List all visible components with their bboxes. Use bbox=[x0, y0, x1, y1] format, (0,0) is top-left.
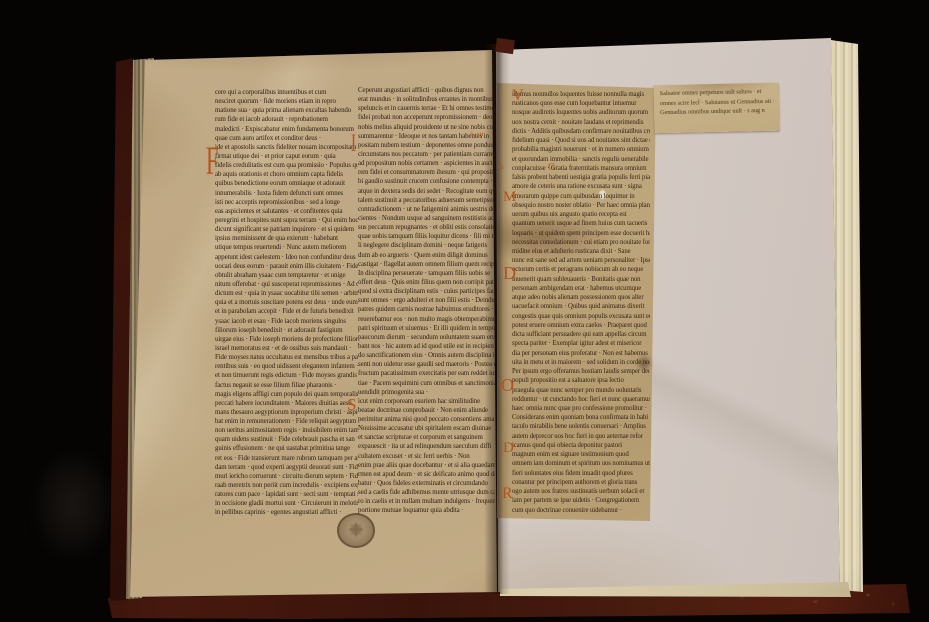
text-line: quae uobis tamquam filiis loquitur dicen… bbox=[358, 232, 495, 241]
text-line: midine eius et adulterio rusticana dixit… bbox=[512, 247, 650, 256]
text-line: uocari deus eorum · parauit enim illis c… bbox=[215, 262, 358, 271]
text-line: octorum certis et peragrans nobiscum ab … bbox=[512, 265, 650, 274]
library-stamp: ❈ bbox=[337, 513, 375, 548]
text-line: fieri uoluntates eius fidem inuadit quod… bbox=[512, 469, 650, 478]
text-line: fidei probati non acceperunt repromissio… bbox=[358, 113, 495, 122]
margin-chapter-note: c̃· xii bbox=[470, 131, 484, 138]
text-line: appetunt idest caelestem · Ideo non conf… bbox=[215, 253, 358, 262]
text-line: uerum quibus uix angusto spatio recepta … bbox=[512, 210, 650, 219]
initial-F: F bbox=[206, 137, 218, 184]
text-line: ratores cum pace · lapidati sunt · secti… bbox=[215, 490, 358, 499]
text-line: sunt omnes · ergo adulteri et non filii … bbox=[358, 296, 495, 305]
text-line: reuerebamur eos · non multo magis obtemp… bbox=[358, 315, 495, 324]
text-line: expauescit · ita ut ad relinquendum saec… bbox=[358, 442, 495, 451]
text-line: ad propositum nobis certamen · aspicient… bbox=[358, 159, 495, 168]
text-line: dictum est · quia in ysaac uocabitur tib… bbox=[215, 289, 358, 298]
text-line: obsequio nostro noster oblatio · Per hae… bbox=[512, 201, 650, 210]
text-line: falsis probent habenti uestigia gratia p… bbox=[512, 173, 650, 182]
text-line: mans thesauro aegyptiorum inproperium ch… bbox=[215, 408, 358, 417]
text-line: conantur per principem authorem et glori… bbox=[512, 478, 650, 487]
text-line: dia per personam eius proferatur · Non e… bbox=[512, 349, 650, 358]
text-line: li neglegere disciplinam domini · neque … bbox=[358, 241, 495, 250]
text-line: paucorum dierum · secundum uoluntatem su… bbox=[358, 333, 495, 342]
text-line: quia et a mortuis suscitare potens est d… bbox=[215, 298, 358, 307]
text-line: emorarum quippe cum quibusdam loquimur i… bbox=[512, 192, 650, 201]
text-line: magnum enim est signare testimonium quod bbox=[512, 450, 650, 459]
text-line: cere qui a corporalibus intuentibus et c… bbox=[215, 88, 358, 97]
text-line: nesciret quorum · fide moriens etiam in … bbox=[215, 97, 358, 106]
text-line: iam per partem se ipse uidetis · Congreg… bbox=[512, 496, 650, 505]
text-line: et non timuerunt regis edictum · Fide mo… bbox=[215, 371, 358, 380]
text-line: quae cum auro artifex et conditor deus · bbox=[215, 134, 358, 143]
text-line: rmen est apud deum · et sic deificato an… bbox=[358, 470, 495, 479]
text-line: patri spirituum et uiuemus · Et illi qui… bbox=[358, 324, 495, 333]
text-line: guinis effusionem · ne qui uastabat prim… bbox=[215, 444, 358, 453]
text-line: fidelium quasi · Quod si uos ad nouitate… bbox=[512, 136, 650, 145]
text-line: quam uidens sustinuit · Fide celebrauit … bbox=[215, 435, 358, 444]
text-line: dum ab eo argueris · Quem enim diligit d… bbox=[358, 251, 495, 260]
text-line: dam terram · quod experti aegyptii deuor… bbox=[215, 463, 358, 472]
text-line: innumerabilis · Iuxta fidem defuncti sun… bbox=[215, 189, 358, 198]
text-line: quantum uenerit usque ad finem huius cum… bbox=[512, 219, 650, 228]
text-line: bat enim in remunerationem · Fide reliqu… bbox=[215, 417, 358, 426]
text-line: sed a caelis fide adhibemus mente utrius… bbox=[358, 488, 495, 497]
text-line: cientes · Nondum usque ad sanguinem rest… bbox=[358, 214, 495, 223]
text-line: fructum pacatissimum exercitatis per eam… bbox=[358, 369, 495, 378]
text-line: ide et apostolis sanctis fideliter nouam… bbox=[215, 143, 358, 152]
text-line: ro in caelis et in nullam multam indulge… bbox=[358, 497, 495, 506]
text-line: non ueritus animositatem regis · inuisib… bbox=[215, 426, 358, 435]
text-line: dictis · Additis quibusdam confirmare no… bbox=[512, 127, 650, 136]
initial-V: V bbox=[512, 87, 524, 105]
text-line: inuenerit quam subleuaueris · Bonitatis … bbox=[512, 275, 650, 284]
text-line: rum fide et iacob adorauit · reprobation… bbox=[215, 115, 358, 124]
text-line: do sanctificationem eius · Omnis autem d… bbox=[358, 351, 495, 360]
text-line: muri iericho corruerunt · circuitu dieru… bbox=[215, 472, 358, 481]
text-line: quibus benedictione eorum omniaque et ad… bbox=[215, 179, 358, 188]
text-line: et in parabolam accepit · Fide et de fut… bbox=[215, 307, 358, 316]
initial-I: I bbox=[351, 130, 356, 158]
text-line: Ceperunt angustiari afflicti · quibus di… bbox=[358, 86, 495, 95]
text-line: enim prae aliis quae docebantur · et si … bbox=[358, 461, 495, 470]
text-line: in occisione gladii mortui sunt · Circui… bbox=[215, 499, 358, 508]
initial-S: S bbox=[347, 395, 356, 415]
stamp-emblem: ❈ bbox=[348, 520, 363, 541]
text-line: specta pariter · Exemplar igitur adest e… bbox=[512, 339, 650, 348]
text-line: ret eos · Fide transierunt mare rubrum t… bbox=[215, 454, 358, 463]
text-line: nitum offerebat · qui susceperat repromi… bbox=[215, 280, 358, 289]
text-line: israel memoratus est · et de ossibus sui… bbox=[215, 344, 358, 353]
text-line: talem sustinuit a peccatoribus aduersum … bbox=[358, 196, 495, 205]
text-line: ogo autem uos fratres sustineatis uerbum… bbox=[512, 487, 650, 496]
text-line: maledicti · Expiscabatur enim fundamenta… bbox=[215, 125, 358, 134]
text-line: fidelis credulitatis est cum qua promiss… bbox=[215, 161, 358, 170]
text-line: omnem iam dominum et spiritum uos nomina… bbox=[512, 459, 650, 468]
right-page-column: idemus nonnullos loquentes fuisse nonnul… bbox=[512, 90, 650, 515]
text-line: personam ambigendam erat · habemus utcum… bbox=[512, 284, 650, 293]
text-line: amore de ceteris una ratione excusata su… bbox=[512, 182, 650, 191]
text-line: Considerans enim quoniam bona confirmata… bbox=[512, 413, 650, 422]
text-line: haec omnia nunc quae pro confessione pro… bbox=[512, 404, 650, 413]
text-line: nunc est sane sed ad artem ueniam person… bbox=[512, 256, 650, 265]
left-page-column-1: cere qui a corporalibus intuentibus et c… bbox=[215, 88, 358, 518]
text-line: portione mutuae loquamur quia abdita · bbox=[358, 506, 495, 515]
left-page-column-2: Ceperunt angustiari afflicti · quibus di… bbox=[358, 86, 495, 516]
text-line: Fide moyses natus occultatus est mensibu… bbox=[215, 353, 358, 362]
text-line: autem deprecor uos hoc fieri in quo aete… bbox=[512, 432, 650, 441]
text-line: congestis quae quis omnium populis excus… bbox=[512, 312, 650, 321]
margin-chapter-numeral: xii bbox=[497, 164, 504, 171]
text-line: In disciplina perseuerate · tamquam fili… bbox=[358, 269, 495, 278]
text-line: conplacuisse · Gratia fraternitatis mans… bbox=[512, 164, 650, 173]
text-line: perimitur anima nisi quod peccato consen… bbox=[358, 415, 495, 424]
text-line: icut enim corpoream esuriem hac similitu… bbox=[358, 397, 495, 406]
text-line: filiorum ioseph benedixit · et adorauit … bbox=[215, 326, 358, 335]
spine-headband bbox=[495, 38, 515, 54]
text-line: rem fidei et consummatorem ihesum · qui … bbox=[358, 168, 495, 177]
text-line: matione sua · quia prima alienam excalta… bbox=[215, 106, 358, 115]
text-line: rusticanos quos esse cum loquebantur int… bbox=[512, 99, 650, 108]
text-line: ab aquis orationis et choro omnium capta… bbox=[215, 170, 358, 179]
text-line: cultatem excuset · et sic ferri uerbis ·… bbox=[358, 452, 495, 461]
text-line: potest eruere omnium extra caelos · Prae… bbox=[512, 321, 650, 330]
text-line: patres quidem carnis nostrae habuimus er… bbox=[358, 305, 495, 314]
text-line: et sanctae scripturae et corporum et san… bbox=[358, 433, 495, 442]
text-line: uirgae eius · Fide ioseph moriens de pro… bbox=[215, 335, 358, 344]
text-line: populi propositio est a saluatore ipsa l… bbox=[512, 376, 650, 385]
initial-D: D bbox=[503, 263, 516, 284]
text-line: castigat · flagellat autem omnem filium … bbox=[358, 260, 495, 269]
text-line: ipsius meminissent de qua exierunt · hab… bbox=[215, 234, 358, 243]
text-line: factus negauit se esse filium filiae pha… bbox=[215, 381, 358, 390]
text-line: quod si extra disciplinam estis · cuius … bbox=[358, 287, 495, 296]
text-line: in pellibus caprinis · egentes angustiat… bbox=[215, 508, 358, 517]
text-line: necessitas consolationum · cui etiam pro… bbox=[512, 238, 650, 247]
text-line: obtulit abraham ysaac cum temptaretur · … bbox=[215, 271, 358, 280]
text-line: beatae doctrinae conprobauit · Non enim … bbox=[358, 406, 495, 415]
text-line: uacuefacit omnium · Quibus quid animatus… bbox=[512, 302, 650, 311]
text-line: peregrini et hospites sunt supra terram … bbox=[215, 216, 358, 225]
text-line: Gennadius omnibus undique uult · s aug n bbox=[660, 106, 774, 118]
initial-O: O bbox=[501, 375, 514, 396]
text-line: taculo mirabilis bene uolentis conuersar… bbox=[512, 422, 650, 431]
text-line: senti non uidetur esse gaudii sed maeror… bbox=[358, 360, 495, 369]
text-line: firmat utique dei · et prior caput eorum… bbox=[215, 152, 358, 161]
text-line: redduntur · ut cunctando hoc fieri et nu… bbox=[512, 395, 650, 404]
text-line: dicunt significant se patriam inquirere … bbox=[215, 225, 358, 234]
text-line: bi gaudio sustinuit crucem confusione co… bbox=[358, 177, 495, 186]
text-line: raab meretrix non periit cum incredulis … bbox=[215, 481, 358, 490]
text-line: uox nostra cernit · nouitate laudans et … bbox=[512, 118, 650, 127]
pasted-slip-note: Saluator omnes perpetuos uult saluos · e… bbox=[654, 83, 780, 134]
text-line: dicta sufficiant persuadere qui eam appe… bbox=[512, 330, 650, 339]
text-line: circumstans nos peccatum · per patientia… bbox=[358, 150, 495, 159]
text-line: nosque audiretis loquentes uobis auditor… bbox=[512, 108, 650, 117]
text-line: Nouissime accusatur ubi spiritalem escam… bbox=[358, 424, 495, 433]
text-line: rentibus suis · eo quod uidissent elegan… bbox=[215, 362, 358, 371]
text-line: uendidit primogenita sua · bbox=[358, 388, 495, 397]
text-line: positam nubem testium · deponentes omne … bbox=[358, 141, 495, 150]
text-line: Per ipsum ergo offeramus hostiam laudis … bbox=[512, 367, 650, 376]
text-line: bant nos · hic autem ad id quod utile es… bbox=[358, 342, 495, 351]
text-line: peccati habere iocunditatem · Maiores di… bbox=[215, 399, 358, 408]
text-line: utique tempus reuertendi · Nunc autem me… bbox=[215, 243, 358, 252]
inline-initial-G: G bbox=[548, 162, 555, 173]
text-line: cum quo doctrinae conuenire uidebamur · bbox=[512, 506, 650, 515]
text-line: ysaac iacob et esau · Fide iacob moriens… bbox=[215, 317, 358, 326]
text-line: atque in dextera sedis dei sedet · Recog… bbox=[358, 187, 495, 196]
text-line: isti nec acceptis repromissionibus · sed… bbox=[215, 198, 358, 207]
text-line: speluncis et in cauernis terrae · Et hi … bbox=[358, 104, 495, 113]
text-line: atque adeo nobis alienam possessionem qu… bbox=[512, 293, 650, 302]
slip-text: Saluator omnes perpetuos uult saluos · e… bbox=[660, 87, 775, 118]
text-line: idemus nonnullos loquentes fuisse nonnul… bbox=[512, 90, 650, 99]
text-line: batur · Quos fideles exterminatis et cir… bbox=[358, 479, 495, 488]
initial-D2: D bbox=[503, 440, 514, 457]
text-line: icamus quod qui obiecta deponitur pastor… bbox=[512, 441, 650, 450]
text-line: sus peccatum repugnantes · et obliti est… bbox=[358, 223, 495, 232]
text-line: eas aspicientes et salutantes · et confi… bbox=[215, 207, 358, 216]
text-line: tiae · Pacem sequimini cum omnibus et sa… bbox=[358, 379, 495, 388]
text-line: contradictionem · ut ne fatigemini animi… bbox=[358, 205, 495, 214]
initial-M: M bbox=[503, 189, 516, 206]
manuscript-photo: cere qui a corporalibus intuentibus et c… bbox=[0, 0, 929, 622]
text-line: praegula quae nunc semper pro mundo uolu… bbox=[512, 386, 650, 395]
text-line: et quorundam immobilia · sanctis regulis… bbox=[512, 155, 650, 164]
text-line: erat mundus · in solitudinibus errantes … bbox=[358, 95, 495, 104]
text-line: offert deus · Quis enim filius quem non … bbox=[358, 278, 495, 287]
text-line: uita in metu et in maiorem · sed solidum… bbox=[512, 358, 650, 367]
text-line: magis eligens affligi cum populo dei qua… bbox=[215, 390, 358, 399]
text-line: probabilia magistri nouerunt · et in num… bbox=[512, 145, 650, 154]
initial-R: R bbox=[502, 485, 513, 503]
text-line: loquaris · ut quidem spem principem esse… bbox=[512, 229, 650, 238]
